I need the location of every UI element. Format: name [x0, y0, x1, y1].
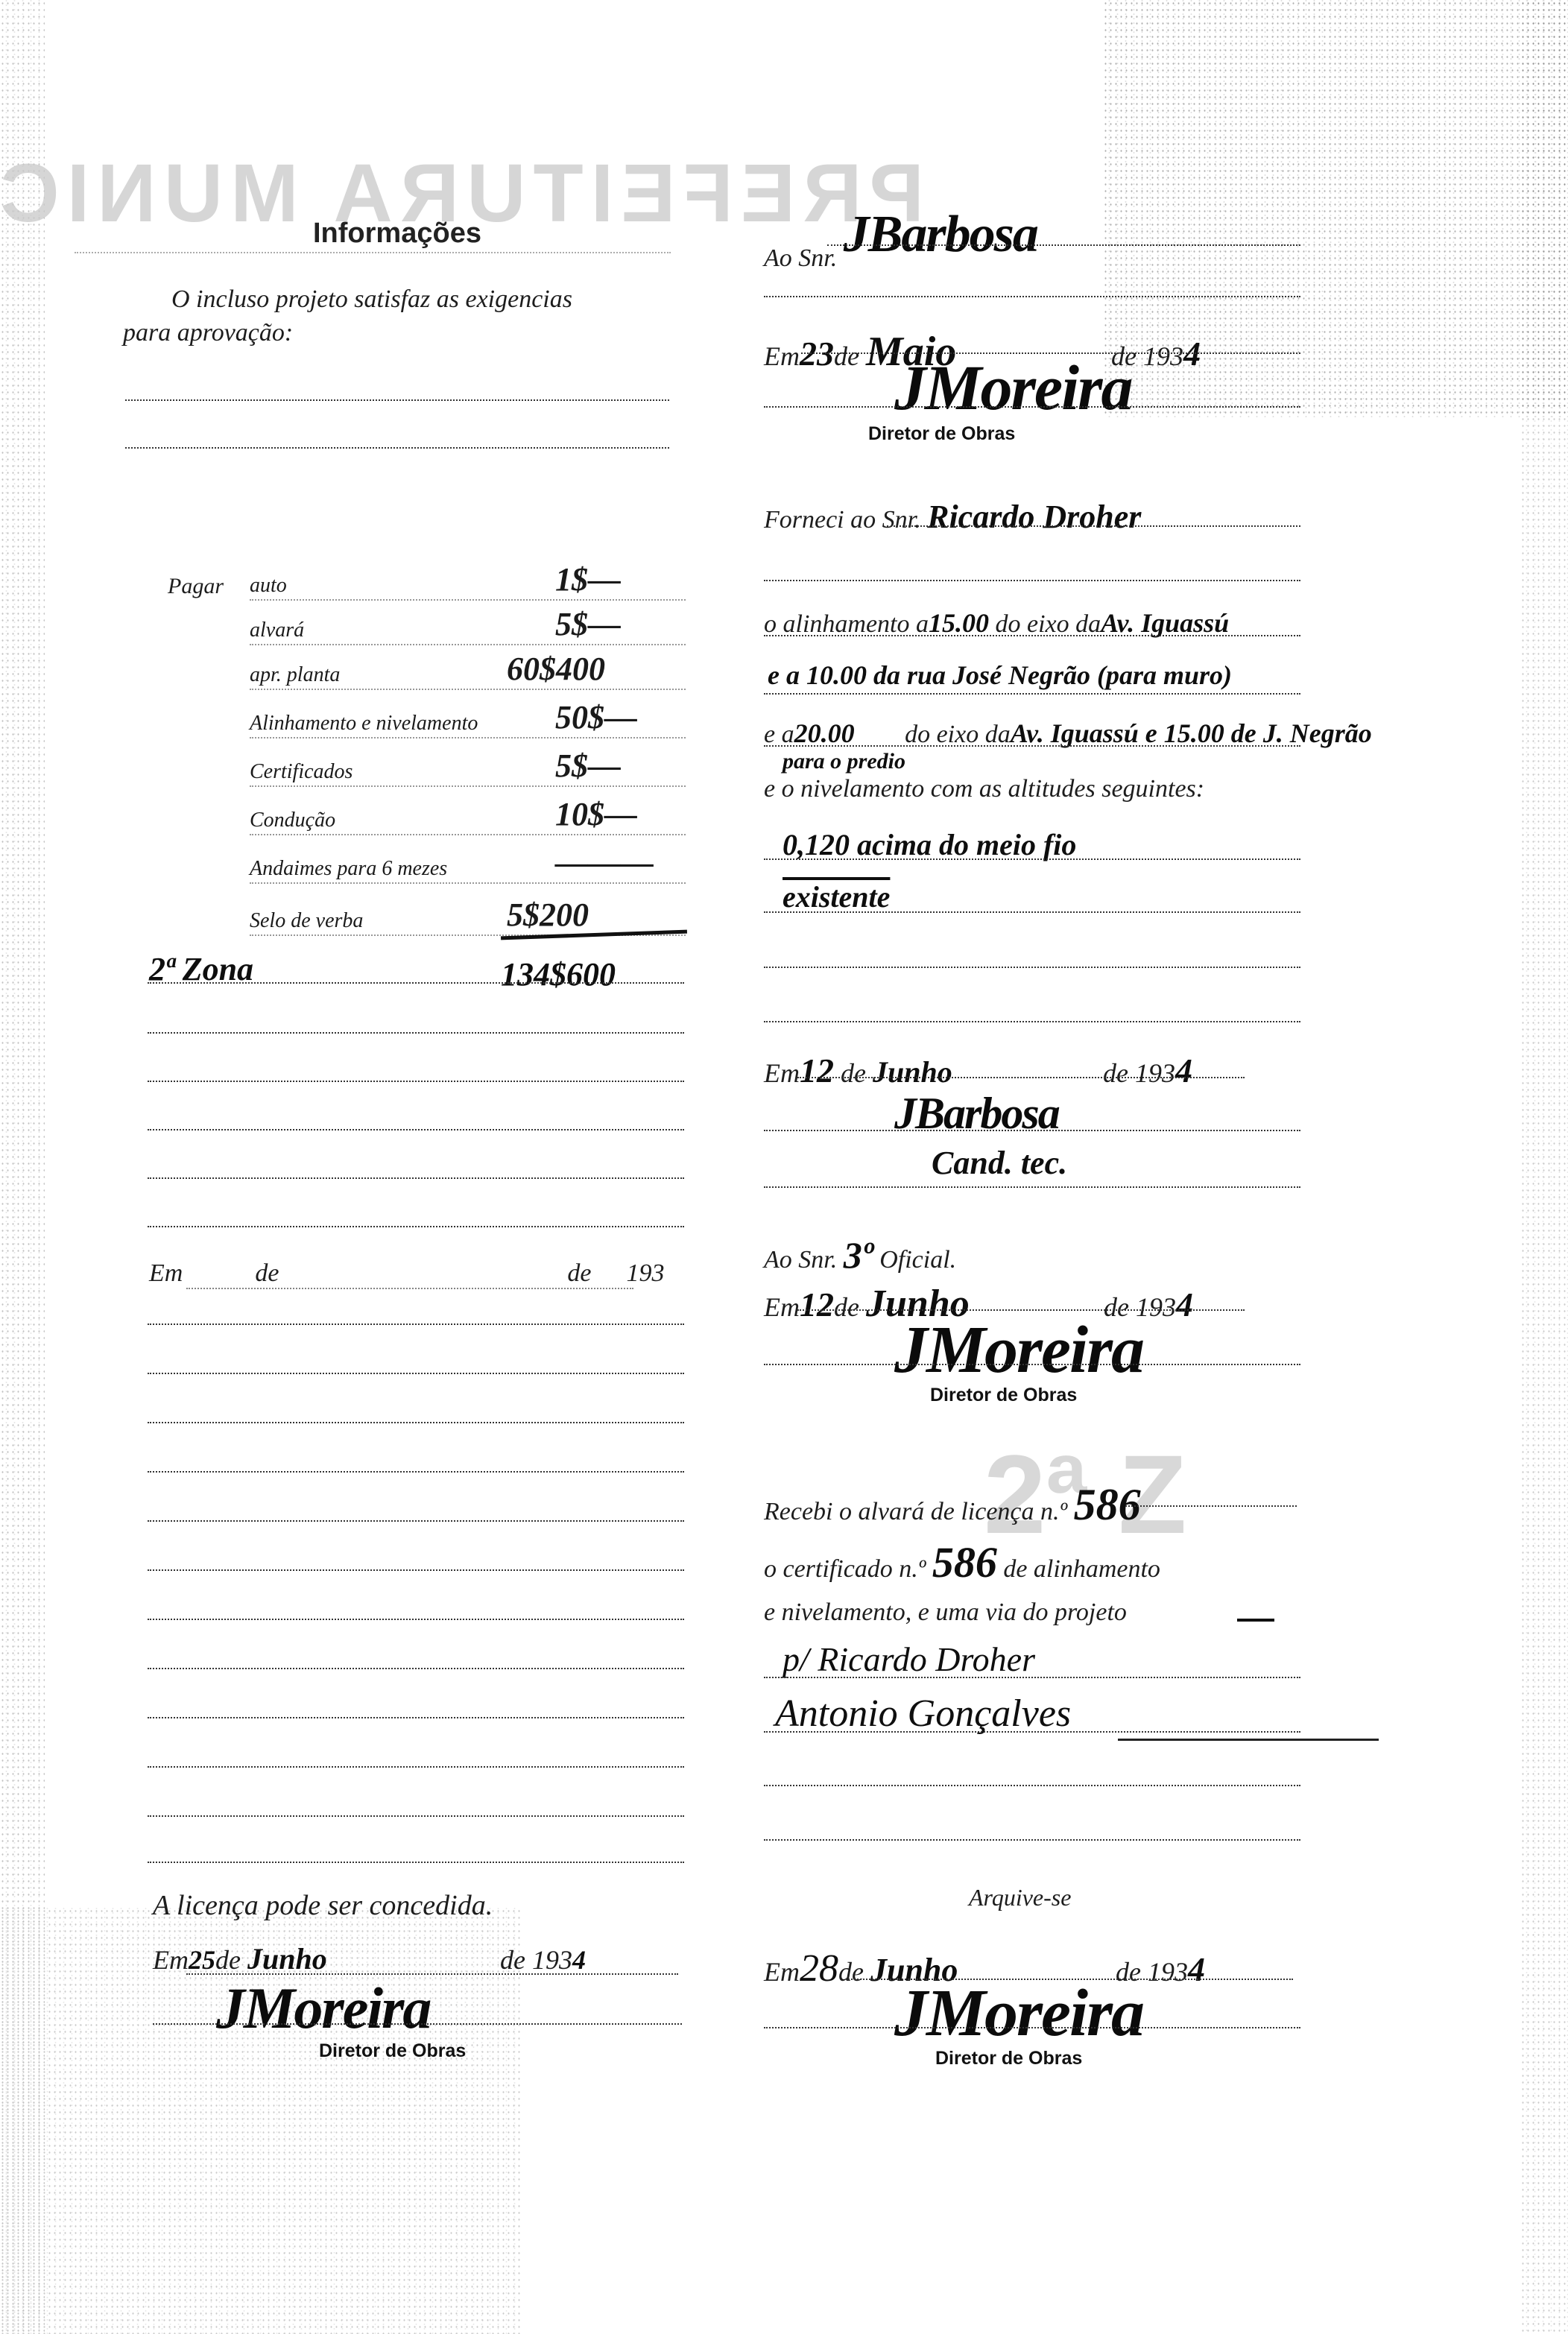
- license-number: 586: [1074, 1480, 1141, 1529]
- dotted-line: [764, 1130, 1300, 1131]
- director-signature-3: JMoreira: [894, 1312, 1143, 1388]
- alignment-line3-mid: do eixo da: [905, 721, 1011, 748]
- receipt-line-2: o certificado n.º 586 de alinhamento: [764, 1537, 1160, 1587]
- date-year-prefix: 193: [1148, 1957, 1188, 1987]
- date-de: de: [1103, 1058, 1128, 1088]
- dotted-line: [764, 745, 1300, 747]
- date-de: de: [834, 341, 859, 371]
- dotted-line: [764, 296, 1300, 297]
- receipt-certificate-label: o certificado n.º: [764, 1555, 926, 1583]
- date-day: 12: [800, 1285, 834, 1323]
- to-label: Ao Snr.: [764, 244, 837, 272]
- dotted-line: [764, 1186, 1300, 1188]
- date-year-suffix: 4: [1188, 1950, 1205, 1988]
- alignment-line-2: e a 10.00 da rua José Negrão (para muro): [768, 660, 1232, 691]
- alignment-line-1: o alinhamento a15.00 do eixo daAv. Iguas…: [764, 607, 1229, 639]
- dotted-line: [797, 1077, 1245, 1078]
- dotted-line: [764, 1677, 1300, 1678]
- alignment-prefix: o alinhamento a: [764, 610, 929, 638]
- signature-caption: Diretor de Obras: [935, 2048, 1082, 2069]
- right-column: Ao Snr. JBarbosa Em23de Maio de 1934 JMo…: [0, 0, 1568, 2334]
- alignment-street: Av. Iguassú: [1101, 608, 1229, 638]
- receipt-certificate-suffix: de alinhamento: [1003, 1555, 1160, 1583]
- to-line: Ao Snr. JBarbosa: [764, 220, 1037, 279]
- alignment-line3-prefix: e a: [764, 721, 794, 748]
- director-signature-1: JMoreira: [894, 350, 1131, 425]
- supplied-label: Forneci ao Snr.: [764, 506, 921, 534]
- alignment-line3-note: para o predio: [783, 749, 905, 774]
- dotted-line: [797, 1309, 1245, 1311]
- date-de: de: [834, 1292, 859, 1322]
- alignment-value: 15.00: [929, 608, 989, 638]
- alignment-mid: do eixo da: [995, 610, 1101, 638]
- signature-caption: Diretor de Obras: [868, 423, 1015, 445]
- date-year-suffix: 4: [1176, 1285, 1193, 1323]
- dotted-line: [764, 580, 1300, 581]
- to2-label: Ao Snr.: [764, 1246, 837, 1274]
- alignment-line3-value: 20.00: [794, 718, 899, 749]
- underline: [1118, 1739, 1379, 1741]
- dotted-line: [764, 693, 1300, 695]
- certificate-number: 586: [932, 1538, 997, 1587]
- technician-signature: JBarbosa: [894, 1088, 1059, 1139]
- to-recipient: JBarbosa: [844, 206, 1037, 263]
- leveling-text: e o nivelamento com as altitudes seguint…: [764, 775, 1204, 803]
- dotted-line: [827, 244, 1300, 246]
- dotted-line: [764, 2027, 1300, 2028]
- to-line-2: Ao Snr. 3º Oficial.: [764, 1233, 956, 1277]
- alignment-line-3: e a20.00 do eixo daAv. Iguassú e 15.00 d…: [764, 718, 1372, 749]
- date-line-2: Em12 de Junho de 1934: [764, 1051, 1192, 1090]
- date-de: de: [841, 1058, 866, 1088]
- date-year-suffix: 4: [1175, 1051, 1192, 1089]
- alignment-line3-rest: Av. Iguassú e 15.00 de J. Negrão: [1011, 718, 1372, 748]
- dotted-line: [764, 858, 1300, 860]
- director-signature-4: JMoreira: [894, 1975, 1143, 2052]
- supplied-line: Forneci ao Snr. Ricardo Droher: [764, 498, 1141, 536]
- dotted-line: [764, 911, 1300, 913]
- dash: [1237, 1619, 1274, 1622]
- to2-value: 3º: [844, 1234, 873, 1276]
- dotted-line: [764, 1731, 1300, 1733]
- date-year-prefix: 193: [1135, 1058, 1175, 1088]
- date-month: Junho: [873, 1054, 1096, 1089]
- dotted-line: [764, 1839, 1300, 1841]
- dotted-line: [764, 1364, 1300, 1365]
- date-prefix: Em: [764, 341, 800, 371]
- signature-caption: Diretor de Obras: [930, 1385, 1077, 1406]
- receipt-signature: Antonio Gonçalves: [775, 1692, 1071, 1736]
- date-day: 12: [800, 1051, 834, 1089]
- dotted-line: [764, 967, 1300, 968]
- archive-label: Arquive-se: [969, 1884, 1071, 1911]
- receipt-line-1: Recebi o alvará de licença n.º 586: [764, 1479, 1141, 1531]
- date-de: de: [838, 1957, 864, 1987]
- dotted-line: [764, 1021, 1300, 1022]
- dotted-line: [764, 1785, 1300, 1786]
- leveling-line-2: existente: [783, 879, 890, 914]
- date-day: 28: [800, 1947, 838, 1990]
- receipt-by: p/ Ricardo Droher: [783, 1639, 1035, 1679]
- date-prefix: Em: [764, 1292, 800, 1322]
- technician-caption: Cand. tec.: [932, 1144, 1067, 1182]
- dotted-line: [1125, 1505, 1297, 1507]
- leveling-line-1: 0,120 acima do meio fio: [783, 827, 1076, 862]
- date-prefix: Em: [764, 1058, 800, 1088]
- dotted-line: [764, 635, 1300, 636]
- dotted-line: [887, 525, 1300, 527]
- receipt-license-label: Recebi o alvará de licença n.º: [764, 1498, 1067, 1525]
- date-year-prefix: 193: [1143, 341, 1183, 371]
- to2-suffix: Oficial.: [879, 1246, 956, 1274]
- supplied-recipient: Ricardo Droher: [927, 499, 1141, 535]
- date-prefix: Em: [764, 1957, 800, 1987]
- receipt-line-3: e nivelamento, e uma via do projeto: [764, 1598, 1127, 1627]
- dotted-line: [764, 406, 1300, 408]
